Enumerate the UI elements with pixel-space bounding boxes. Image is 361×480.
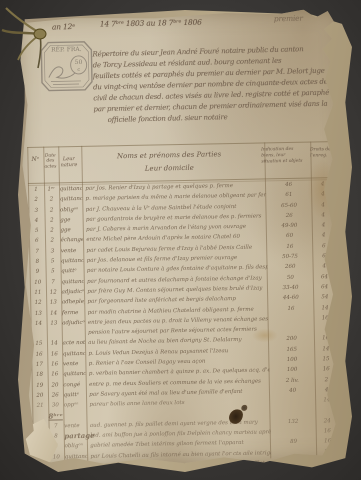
- row-nature: vente: [63, 421, 87, 432]
- row-nature: intrigᵗ: [64, 472, 88, 480]
- row-date: 3: [45, 246, 60, 257]
- row-nature: gge: [59, 215, 83, 226]
- row-number: 13: [30, 308, 46, 319]
- row-date: 13: [46, 298, 61, 309]
- row-amount: 89: [271, 437, 317, 448]
- row-nature: adjudicᵒⁿ: [61, 287, 85, 298]
- row-nature: échange: [60, 235, 84, 246]
- row-nature: obligᵒⁿ: [59, 205, 83, 216]
- binding-thread: [0, 6, 70, 78]
- row-number: 9: [30, 267, 46, 278]
- row-amount: 16: [268, 303, 314, 314]
- row-number: 1: [28, 185, 44, 196]
- header-no: Nᵒ: [27, 148, 43, 183]
- table-header: Nᵒ Date des actes Leur nature Noms et pr…: [27, 142, 334, 183]
- row-number: 4: [29, 216, 45, 227]
- intro-paragraph: Répertoire du sieur Jean André Fouré not…: [92, 45, 337, 127]
- row-date: 2: [45, 236, 60, 247]
- header-indication: Indication des biens, leur situation et …: [258, 143, 308, 179]
- row-nature: quittᵉ: [60, 266, 84, 277]
- row-date: 20: [48, 380, 63, 391]
- row-amount: 132: [270, 416, 316, 427]
- row-nature: quittance: [60, 277, 84, 288]
- row-number: 21: [32, 401, 48, 412]
- header-parties: Noms et prénoms des Parties Leur domicil…: [80, 144, 259, 182]
- row-number: 20: [32, 391, 48, 402]
- row-nature: quittance: [59, 184, 83, 195]
- row-nature: quittance: [62, 369, 86, 380]
- row-amount: [269, 324, 314, 325]
- row-number: 11: [30, 288, 46, 299]
- row-nature: quittance: [60, 256, 84, 267]
- row-date: 2: [44, 195, 59, 206]
- row-date: 1ᵉʳ: [44, 184, 59, 195]
- row-number: 3: [28, 205, 44, 216]
- row-date: 26: [48, 390, 63, 401]
- row-nature: vente: [62, 359, 86, 370]
- row-number: 19: [32, 380, 48, 391]
- row-nature: acte notᵉ: [62, 338, 86, 349]
- row-date: 12: [46, 287, 61, 298]
- row-number: 7: [29, 246, 45, 257]
- register-rows: 1 1ᵉʳ quittance par Jos. Renier d'Izay à…: [28, 179, 340, 480]
- row-number: 18: [32, 370, 48, 381]
- row-number: 5: [29, 226, 45, 237]
- row-nature: ferme: [61, 307, 85, 318]
- row-date: 7: [48, 421, 63, 432]
- row-date: 14: [46, 308, 61, 319]
- header-parties-line2: Leur domicile: [80, 161, 258, 177]
- row-nature: quittance: [62, 349, 86, 360]
- row-nature: oppᵒⁿ: [63, 400, 87, 411]
- annotation-date-range: 14 7ᵇʳᵉ 1803 au 18 7ᵇʳᵉ 1806: [100, 18, 202, 29]
- row-number: 2: [28, 195, 44, 206]
- row-date: 16: [47, 370, 62, 381]
- row-number: 17: [31, 360, 47, 371]
- row-amount: [271, 468, 316, 469]
- row-date: 16: [47, 349, 62, 360]
- row-nature: quittᵉ: [62, 390, 86, 401]
- row-date: 5: [45, 256, 60, 267]
- row-date: 16: [47, 359, 62, 370]
- row-date: 2: [44, 215, 59, 226]
- row-date: 7: [46, 277, 61, 288]
- row-date: 14: [47, 339, 62, 350]
- row-date: 13: [46, 318, 61, 329]
- stamp-value-unit: c: [77, 67, 80, 73]
- row-number: 8: [29, 257, 45, 268]
- annotation-folio-number: premier: [274, 14, 303, 24]
- row-nature: obligᵒⁿ: [63, 441, 87, 452]
- header-date: Date des actes: [43, 147, 58, 182]
- row-number: 10: [30, 277, 46, 288]
- row-date: 5: [45, 267, 60, 278]
- scanned-document-photo: an 12ᵉ 14 7ᵇʳᵉ 1803 au 18 7ᵇʳᵉ 1806 prem…: [0, 0, 361, 480]
- row-date: 30: [48, 401, 63, 412]
- row-nature: gge: [59, 225, 83, 236]
- row-date: 2: [44, 205, 59, 216]
- row-number: 6: [29, 236, 45, 247]
- row-date: 8ᵇʳᵉ: [48, 411, 63, 422]
- row-number: 12: [30, 298, 46, 309]
- row-nature: adjudicᵒⁿ: [61, 318, 85, 329]
- row-amount: [270, 406, 315, 407]
- row-number: 16: [31, 349, 47, 360]
- row-nature: adhepley: [61, 297, 85, 308]
- row-nature: congé: [62, 380, 86, 391]
- stamp-value: 50: [75, 59, 83, 66]
- row-amount: 40: [270, 385, 316, 396]
- row-nature: vente: [60, 246, 84, 257]
- row-nature: partage: [63, 431, 87, 442]
- row-date: 2: [45, 226, 60, 237]
- row-number: 14: [31, 318, 47, 329]
- header-nature: Leur nature: [57, 147, 80, 182]
- row-nature: quittance: [59, 194, 83, 205]
